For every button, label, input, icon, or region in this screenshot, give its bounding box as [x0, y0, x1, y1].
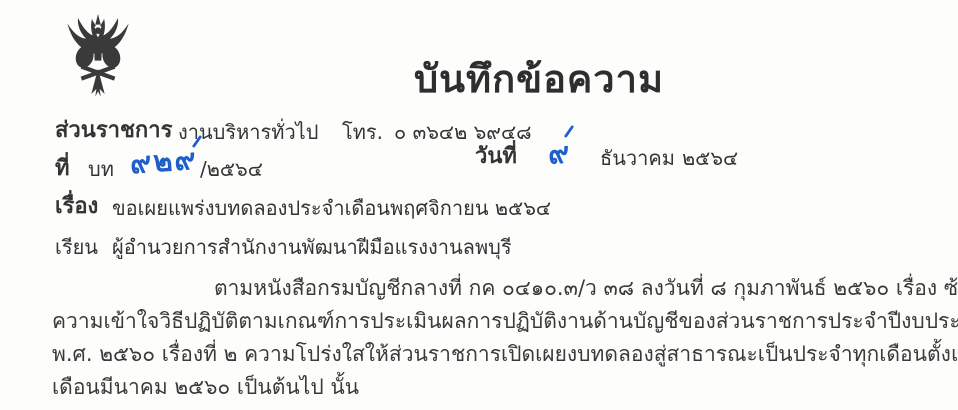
tel-label: โทร.	[342, 116, 383, 148]
date-month: ธันวาคม	[600, 142, 675, 174]
doc-no-suffix: /๒๕๖๔	[200, 153, 263, 185]
date-handwritten: ๙	[546, 129, 572, 177]
to-label: เรียน	[55, 231, 98, 263]
doc-no-handwritten: ๙๒๙	[128, 136, 199, 187]
doc-no-label: ที่	[55, 150, 70, 185]
to-value: ผู้อำนวยการสำนักงานพัฒนาฝีมือแรงงานลพบุร…	[112, 231, 512, 263]
subject-label: เรื่อง	[55, 188, 98, 223]
body-line: ตามหนังสือกรมบัญชีกลางที่ กค ๐๔๑๐.๓/ว ๓๘…	[52, 272, 914, 305]
page-title: บันทึกข้อความ	[0, 48, 958, 109]
doc-no-prefix: บท	[88, 153, 114, 185]
date-label: วันที่	[475, 138, 517, 173]
body-line: ความเข้าใจวิธีปฏิบัติตามเกณฑ์การประเมินผ…	[52, 305, 914, 338]
agency-value: งานบริหารทั่วไป	[178, 116, 318, 148]
date-year: ๒๕๖๔	[682, 142, 738, 174]
memo-document: บันทึกข้อความ ส่วนราชการ งานบริหารทั่วไป…	[0, 0, 958, 410]
subject-value: ขอเผยแพร่งบทดลองประจำเดือนพฤศจิกายน ๒๕๖๔	[112, 192, 551, 224]
body-line: พ.ศ. ๒๕๖๐ เรื่องที่ ๒ ความโปร่งใสให้ส่วน…	[52, 338, 914, 371]
body-line: เดือนมีนาคม ๒๕๖๐ เป็นต้นไป นั้น	[52, 371, 914, 404]
